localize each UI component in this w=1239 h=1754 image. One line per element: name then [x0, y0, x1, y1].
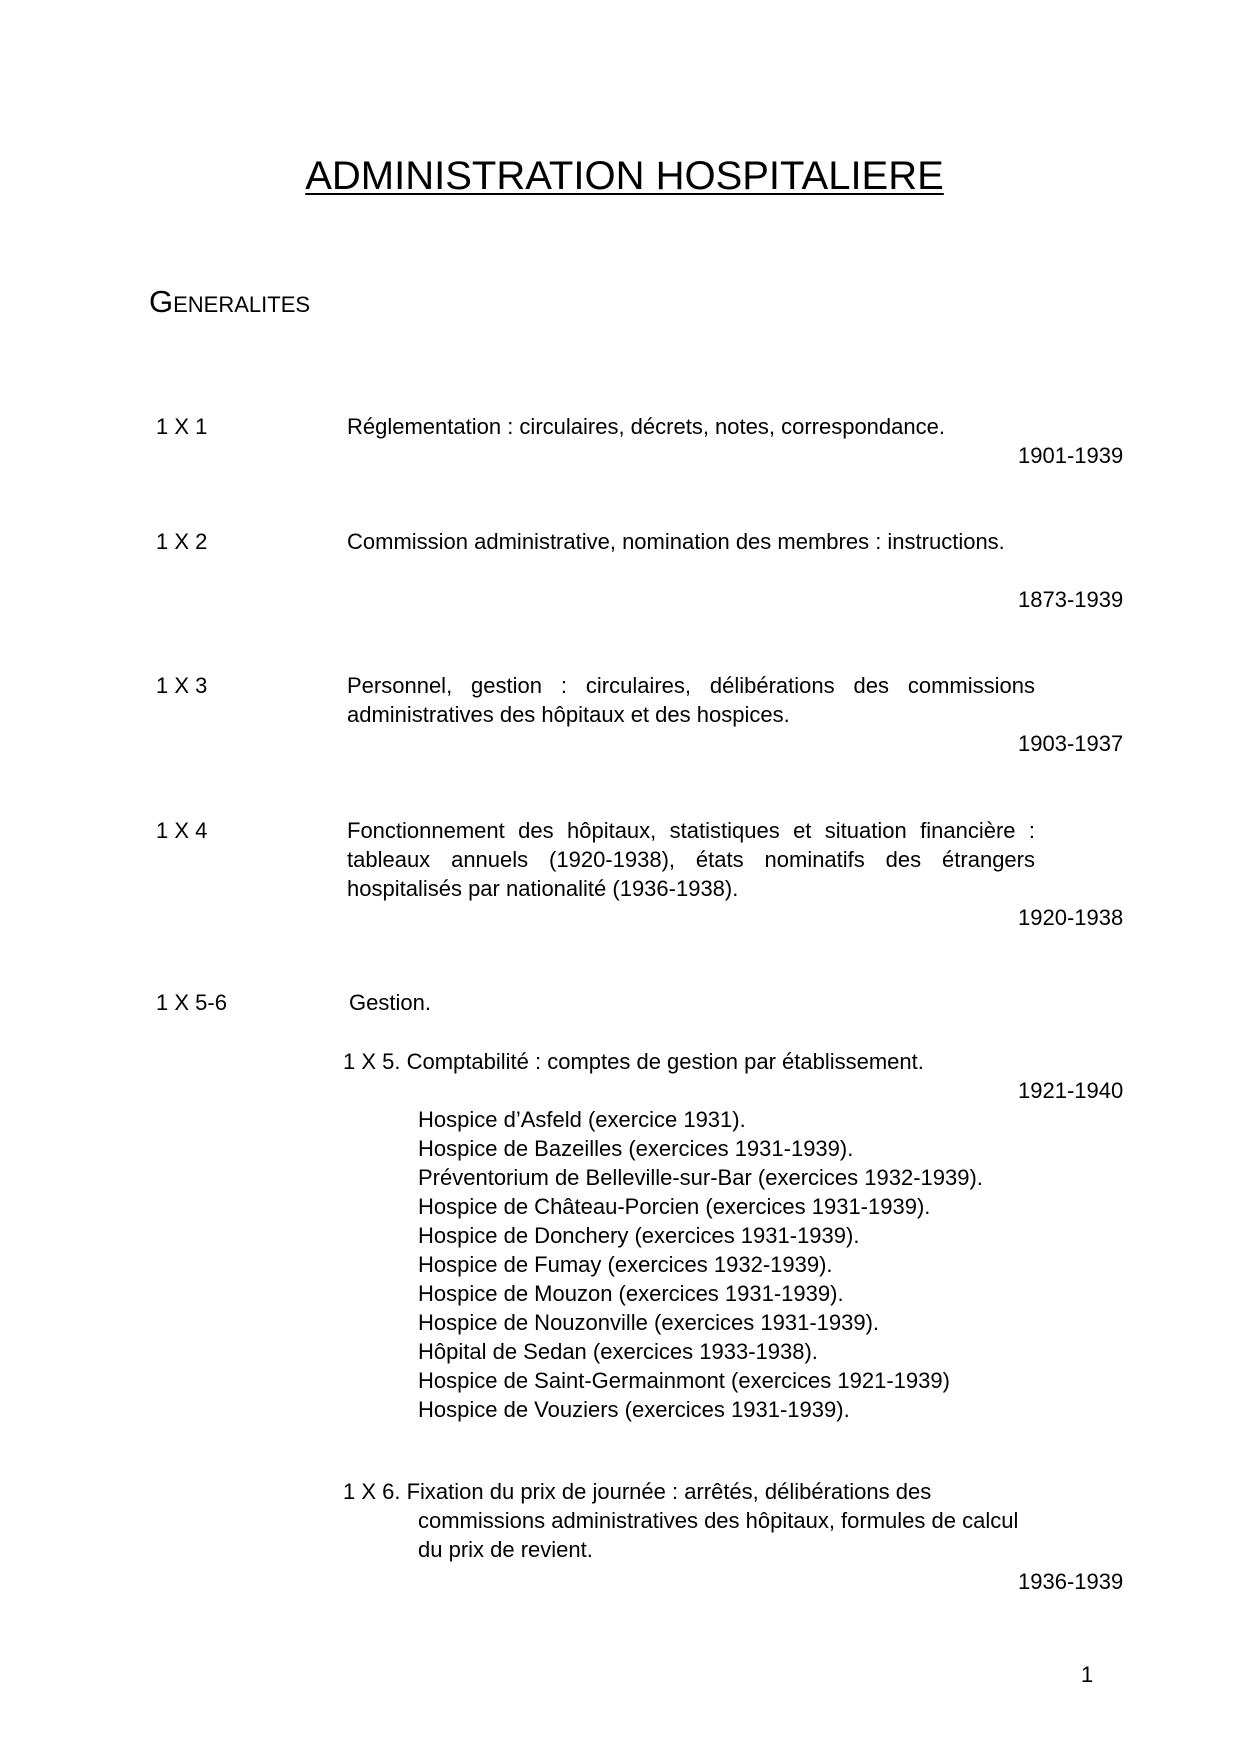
list-item: Préventorium de Belleville-sur-Bar (exer… [418, 1163, 1036, 1192]
list-item: Hospice de Saint-Germainmont (exercices … [418, 1366, 1036, 1395]
page-number: 1 [1081, 1662, 1093, 1688]
entry-cote: 1 X 3 [156, 671, 207, 700]
list-item: Hospice de Mouzon (exercices 1931-1939). [418, 1279, 1036, 1308]
entry-dates: 1920-1938 [1018, 903, 1123, 932]
list-item: Hospice de Château-Porcien (exercices 19… [418, 1192, 1036, 1221]
list-item: Hospice d’Asfeld (exercice 1931). [418, 1105, 1036, 1134]
list-item: Hospice de Bazeilles (exercices 1931-193… [418, 1134, 1036, 1163]
document-title: ADMINISTRATION HOSPITALIERE [0, 152, 1239, 200]
subentry-block: 1 X 6. Fixation du prix de journée : arr… [343, 1477, 1035, 1564]
entry-cote: 1 X 4 [156, 816, 207, 845]
entry-dates: 1903-1937 [1018, 729, 1123, 758]
subentry-label: 1 X 5. Comptabilité : comptes de gestion… [343, 1047, 1035, 1076]
entry-description: Réglementation : circulaires, décrets, n… [347, 412, 1035, 441]
document-title-text: ADMINISTRATION HOSPITALIERE [295, 154, 944, 198]
list-item: Hôpital de Sedan (exercices 1933-1938). [418, 1337, 1036, 1366]
subentry-dates: 1921-1940 [1018, 1076, 1123, 1105]
entry-description: Gestion. [349, 988, 1037, 1017]
entry-description: Personnel, gestion : circulaires, délibé… [347, 671, 1035, 729]
entry-cote: 1 X 2 [156, 527, 207, 556]
section-heading: Generalites [149, 284, 310, 320]
list-item: Hospice de Donchery (exercices 1931-1939… [418, 1221, 1036, 1250]
entry-description: Commission administrative, nomination de… [347, 527, 1035, 556]
entry-dates: 1873-1939 [1018, 585, 1123, 614]
list-item: Hospice de Fumay (exercices 1932-1939). [418, 1250, 1036, 1279]
list-item: Hospice de Nouzonville (exercices 1931-1… [418, 1308, 1036, 1337]
entry-cote: 1 X 5-6 [156, 988, 227, 1017]
entry-description: Fonctionnement des hôpitaux, statistique… [347, 816, 1035, 903]
subentry-label: 1 X 6. Fixation du prix de journée : arr… [343, 1477, 1035, 1564]
entry-cote: 1 X 1 [156, 412, 207, 441]
entry-dates: 1901-1939 [1018, 441, 1123, 470]
establishment-list: Hospice d’Asfeld (exercice 1931). Hospic… [418, 1105, 1036, 1424]
subentry-dates: 1936-1939 [1018, 1567, 1123, 1596]
list-item: Hospice de Vouziers (exercices 1931-1939… [418, 1395, 1036, 1424]
